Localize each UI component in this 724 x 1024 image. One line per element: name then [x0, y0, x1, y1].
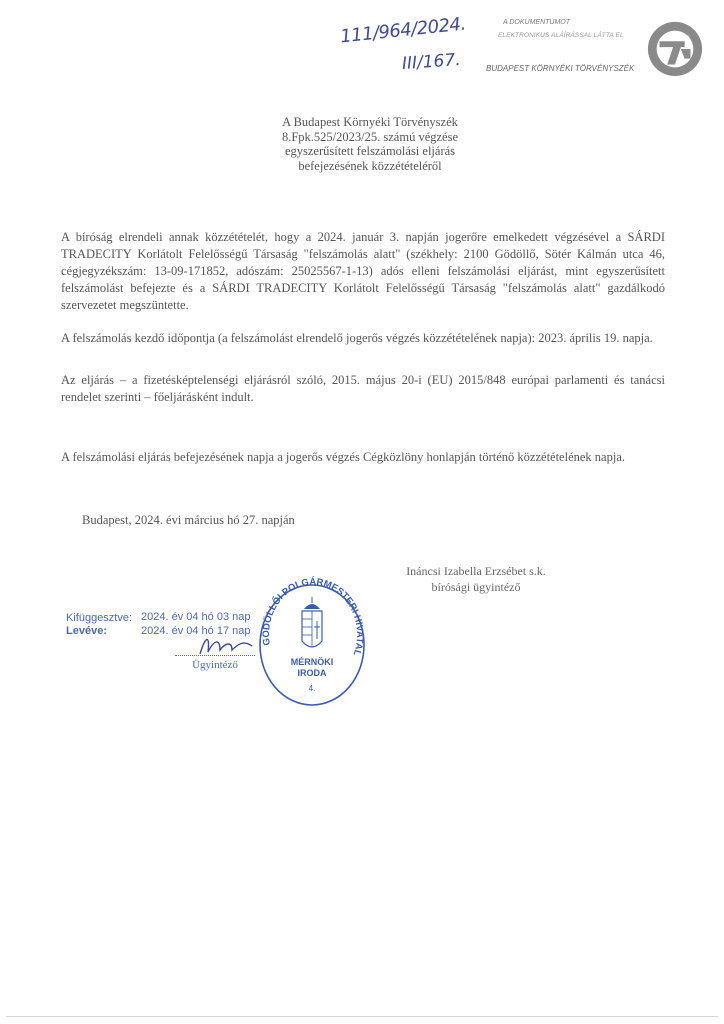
signatory-role: bírósági ügyintéző	[376, 579, 576, 595]
court-logo-icon	[646, 20, 704, 78]
signatory-name: Ináncsi Izabella Erzsébet s.k.	[376, 563, 576, 579]
paragraph-order: A bíróság elrendeli annak közzétételét, …	[61, 229, 665, 314]
esign-stamp-line1: A DOKUMENTUMOT	[503, 19, 570, 26]
paragraph-eu-regulation: Az eljárás – a fizetésképtelenségi eljár…	[61, 372, 665, 406]
removed-label: Levéve:	[66, 625, 107, 637]
coat-of-arms-icon	[302, 597, 322, 647]
place-and-date: Budapest, 2024. évi március hó 27. napjá…	[82, 513, 295, 528]
esign-stamp-court-name: BUDAPEST KÖRNYÉKI TÖRVÉNYSZÉK	[486, 64, 634, 73]
title-line-case-number: 8.Fpk.525/2023/25. számú végzése	[200, 130, 540, 145]
seal-center-line2: IRODA	[298, 668, 328, 678]
handwritten-reference-number: 111/964/2024.	[339, 13, 466, 47]
seal-number: 4.	[309, 684, 316, 693]
svg-text:GÖDÖLLŐI POLGÁRMESTERI HIVATAL: GÖDÖLLŐI POLGÁRMESTERI HIVATAL	[261, 577, 365, 658]
page-bottom-rule	[6, 1016, 718, 1017]
paragraph-closing-date: A felszámolási eljárás befejezésének nap…	[61, 449, 665, 466]
signature-block: Ináncsi Izabella Erzsébet s.k. bírósági …	[376, 563, 576, 595]
posted-date-value: 2024. év 04 hó 03 nap	[141, 611, 250, 623]
paragraph-start-date: A felszámolás kezdő időpontja (a felszám…	[61, 330, 665, 347]
clerk-label: Ügyintéző	[175, 655, 255, 671]
title-line-subject: befejezésének közzétételéről	[200, 159, 540, 174]
seal-center-line1: MÉRNÖKI	[291, 657, 334, 667]
handwritten-subnumber: III/167.	[401, 50, 461, 74]
seal-ring-text: GÖDÖLLŐI POLGÁRMESTERI HIVATAL	[261, 577, 365, 658]
title-line-procedure: egyszerűsített felszámolási eljárás	[200, 144, 540, 159]
posted-label: Kifüggesztve:	[66, 612, 132, 624]
official-seal: GÖDÖLLŐI POLGÁRMESTERI HIVATAL MÉRNÖKI I…	[256, 575, 366, 709]
esign-stamp-line2: ELEKTRONIKUS ALÁÍRÁSSAL LÁTTA EL	[498, 32, 624, 39]
title-line-court: A Budapest Környéki Törvényszék	[200, 115, 540, 130]
document-title: A Budapest Környéki Törvényszék 8.Fpk.52…	[200, 115, 540, 173]
